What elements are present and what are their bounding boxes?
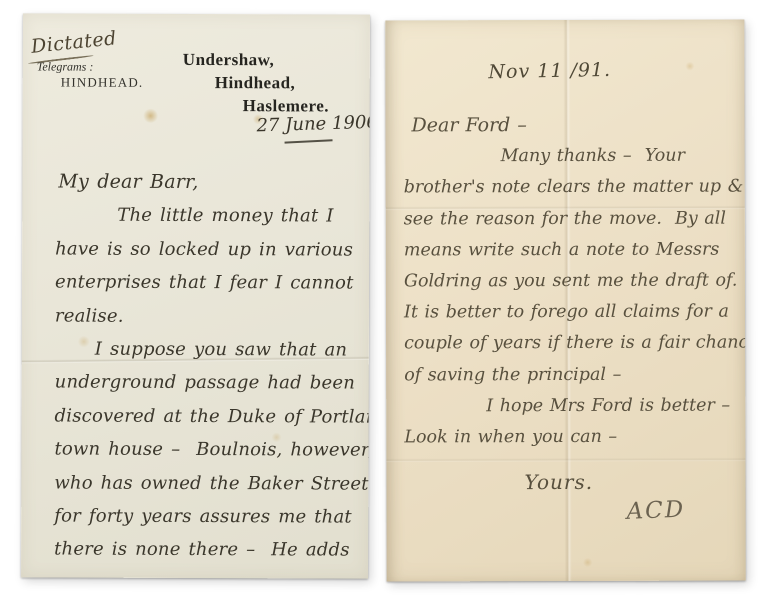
- closing: Yours.: [524, 470, 593, 494]
- letter-line: discovered at the Duke of Portland's: [22, 399, 369, 434]
- letter-line: I hope Mrs Ford is better –: [386, 390, 745, 422]
- letter-line: see the reason for the move. By all: [386, 203, 745, 235]
- letter-line: I suppose you saw that an: [22, 332, 369, 367]
- letter-date: 27 June 1906.: [256, 111, 370, 136]
- letterhead-line-1: Undershaw,: [183, 50, 275, 70]
- letter-line: Look in when you can –: [386, 421, 745, 453]
- letter-line: who has owned the Baker Street Bazaar: [21, 466, 368, 501]
- letter-line: couple of years if there is a fair chanc…: [386, 328, 745, 360]
- foxing-spot: [685, 62, 694, 71]
- signature: ACD: [626, 497, 686, 525]
- telegrams-address: HINDHEAD.: [61, 75, 144, 91]
- letter-line: town house – Boulnois, however,: [21, 433, 368, 468]
- salutation: Dear Ford –: [386, 110, 745, 142]
- letter-line: of saving the principal –: [386, 359, 745, 391]
- letter-body: Dear Ford – Many thanks – Your brother's…: [386, 110, 746, 454]
- letter-line: underground passage had been: [22, 366, 369, 401]
- letter-line: It is better to forego all claims for a: [386, 297, 745, 329]
- letter-date: Nov 11 /91.: [488, 59, 611, 83]
- letter-body: My dear Barr, The little money that I ha…: [21, 165, 369, 567]
- letter-line: brother's note clears the matter up & I: [386, 172, 745, 204]
- letter-line: means write such a note to Messrs: [386, 234, 745, 266]
- letter-line: enterprises that I fear I cannot: [22, 266, 369, 301]
- foxing-spot: [143, 109, 159, 123]
- letter-line: have is so locked up in various: [22, 232, 369, 267]
- letter-line: The little money that I: [22, 199, 369, 234]
- letterhead-line-2: Hindhead,: [215, 73, 296, 93]
- foxing-spot: [583, 558, 593, 567]
- telegrams-label: Telegrams :: [37, 59, 94, 74]
- fold-crease: [385, 458, 745, 463]
- dictated-annotation: Dictated: [30, 27, 118, 58]
- left-letter-paper: Dictated Telegrams : HINDHEAD. Undershaw…: [21, 13, 370, 578]
- letter-line: Many thanks – Your: [386, 141, 745, 173]
- salutation: My dear Barr,: [22, 165, 369, 200]
- letter-line: for forty years assures me that: [21, 499, 368, 534]
- letter-line: Goldring as you sent me the draft of.: [386, 265, 745, 297]
- right-letter-paper: Nov 11 /91. Dear Ford – Many thanks – Yo…: [385, 20, 745, 582]
- letter-line: there is none there – He adds: [21, 533, 368, 568]
- date-underline: [285, 139, 333, 143]
- letter-line: realise.: [22, 299, 369, 334]
